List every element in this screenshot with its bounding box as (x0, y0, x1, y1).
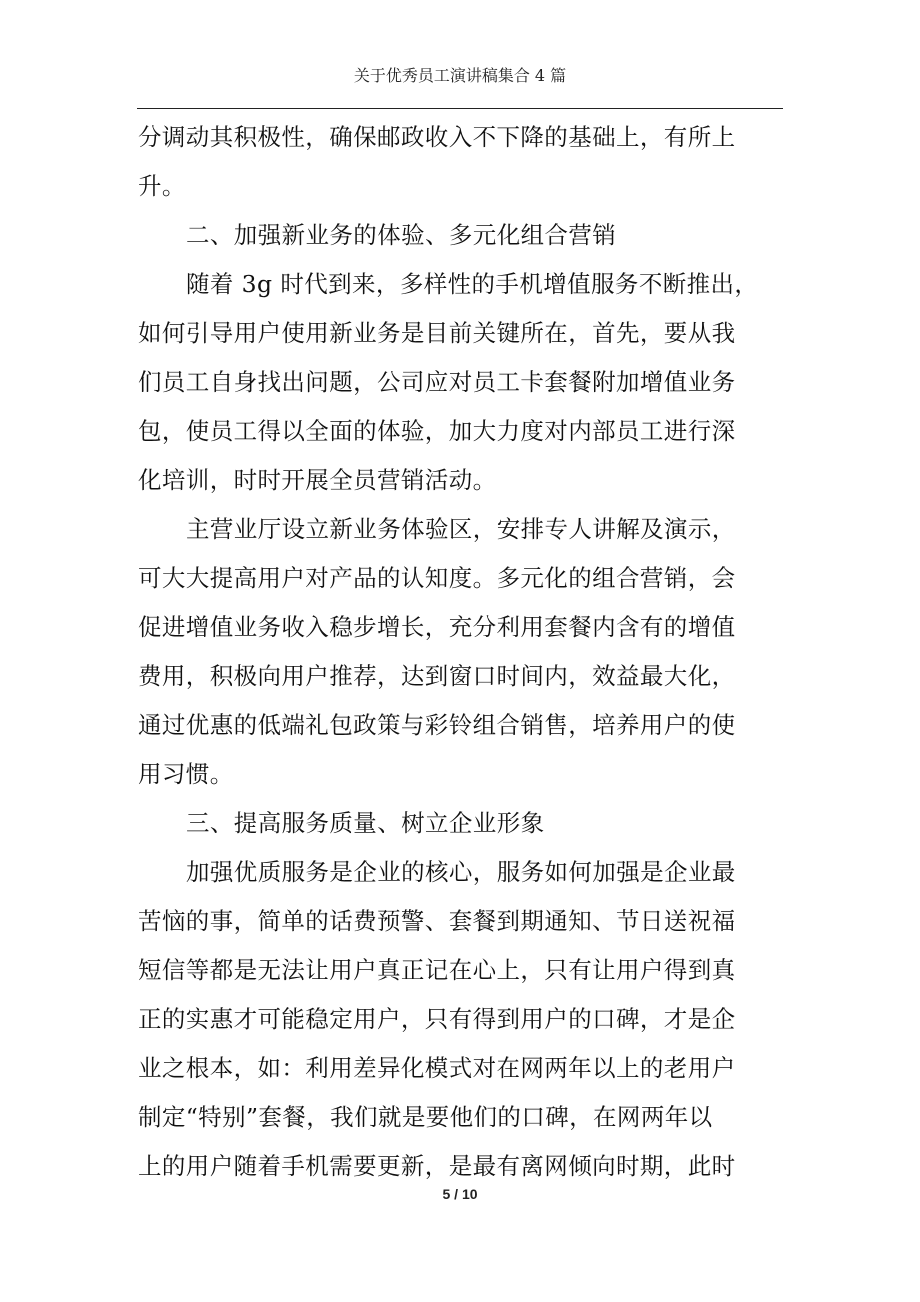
text-line: 二、加强新业务的体验、多元化组合营销 (138, 211, 778, 260)
text-line: 升。 (138, 162, 778, 211)
text-line: 通过优惠的低端礼包政策与彩铃组合销售，培养用户的使 (138, 701, 778, 750)
text-line: 包，使员工得以全面的体验，加大力度对内部员工进行深 (138, 407, 778, 456)
text-line: 们员工自身找出问题，公司应对员工卡套餐附加增值业务 (138, 358, 778, 407)
text-line: 正的实惠才可能稳定用户，只有得到用户的口碑，才是企 (138, 995, 778, 1044)
text-line: 上的用户随着手机需要更新，是最有离网倾向时期，此时 (138, 1142, 778, 1191)
text-line: 苦恼的事，简单的话费预警、套餐到期通知、节日送祝福 (138, 897, 778, 946)
text-line: 用习惯。 (138, 750, 778, 799)
text-line: 业之根本，如：利用差异化模式对在网两年以上的老用户 (138, 1044, 778, 1093)
text-line: 加强优质服务是企业的核心，服务如何加强是企业最 (138, 848, 778, 897)
text-line: 如何引导用户使用新业务是目前关键所在，首先，要从我 (138, 309, 778, 358)
text-line: 促进增值业务收入稳步增长，充分利用套餐内含有的增值 (138, 603, 778, 652)
text-line: 制定“特别”套餐，我们就是要他们的口碑，在网两年以 (138, 1093, 778, 1142)
page-header-title: 关于优秀员工演讲稿集合 4 篇 (137, 64, 783, 88)
text-line: 随着 3g 时代到来，多样性的手机增值服务不断推出， (138, 260, 778, 309)
text-line: 化培训，时时开展全员营销活动。 (138, 456, 778, 505)
text-line: 三、提高服务质量、树立企业形象 (138, 799, 778, 848)
text-line: 短信等都是无法让用户真正记在心上，只有让用户得到真 (138, 946, 778, 995)
page-number: 5 / 10 (0, 1186, 920, 1202)
text-line: 分调动其积极性，确保邮政收入不下降的基础上，有所上 (138, 113, 778, 162)
text-line: 可大大提高用户对产品的认知度。多元化的组合营销，会 (138, 554, 778, 603)
text-line: 主营业厅设立新业务体验区，安排专人讲解及演示， (138, 505, 778, 554)
header-divider (137, 108, 783, 109)
document-body: 分调动其积极性，确保邮政收入不下降的基础上，有所上升。二、加强新业务的体验、多元… (138, 113, 778, 1191)
text-line: 费用，积极向用户推荐，达到窗口时间内，效益最大化， (138, 652, 778, 701)
